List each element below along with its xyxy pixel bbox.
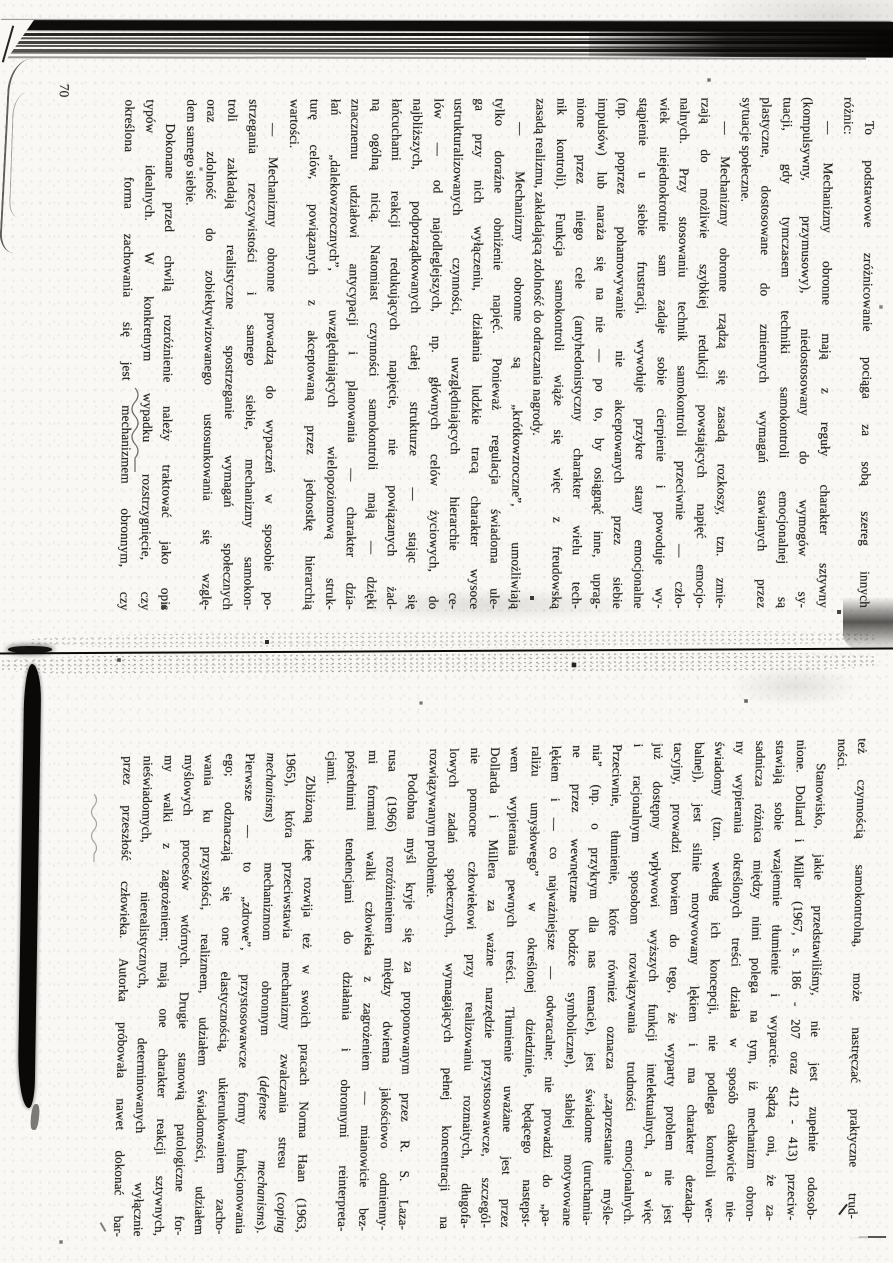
dust-specks: [0, 0, 2, 2]
page-71-text-block: też czynnością samokontrolną, może nastr…: [107, 664, 874, 1237]
italic-term: mechanisms: [262, 752, 278, 817]
text-segment: ) mechanizmom obronnym (: [257, 818, 278, 1081]
stray-dash-mark: [868, 1236, 886, 1238]
italic-term: coping: [274, 1197, 290, 1234]
text-segment: ).: [254, 1226, 269, 1234]
italic-term: defense mechanisms: [254, 1080, 272, 1226]
page-70-text-block: To podstawowe zróżnicowanie pociąga za s…: [114, 60, 880, 611]
gutter-ink-blob: [8, 646, 52, 653]
pencil-squiggle: [128, 386, 142, 474]
page-stack-dark-right: [589, 28, 893, 57]
scanned-book-photo: 70 To podstawowe zróżnicowanie pociąga z…: [0, 0, 893, 1263]
gutter-dark-right: [843, 597, 893, 649]
pencil-squiggle: [88, 792, 100, 864]
page-number-70: 70: [56, 84, 72, 98]
